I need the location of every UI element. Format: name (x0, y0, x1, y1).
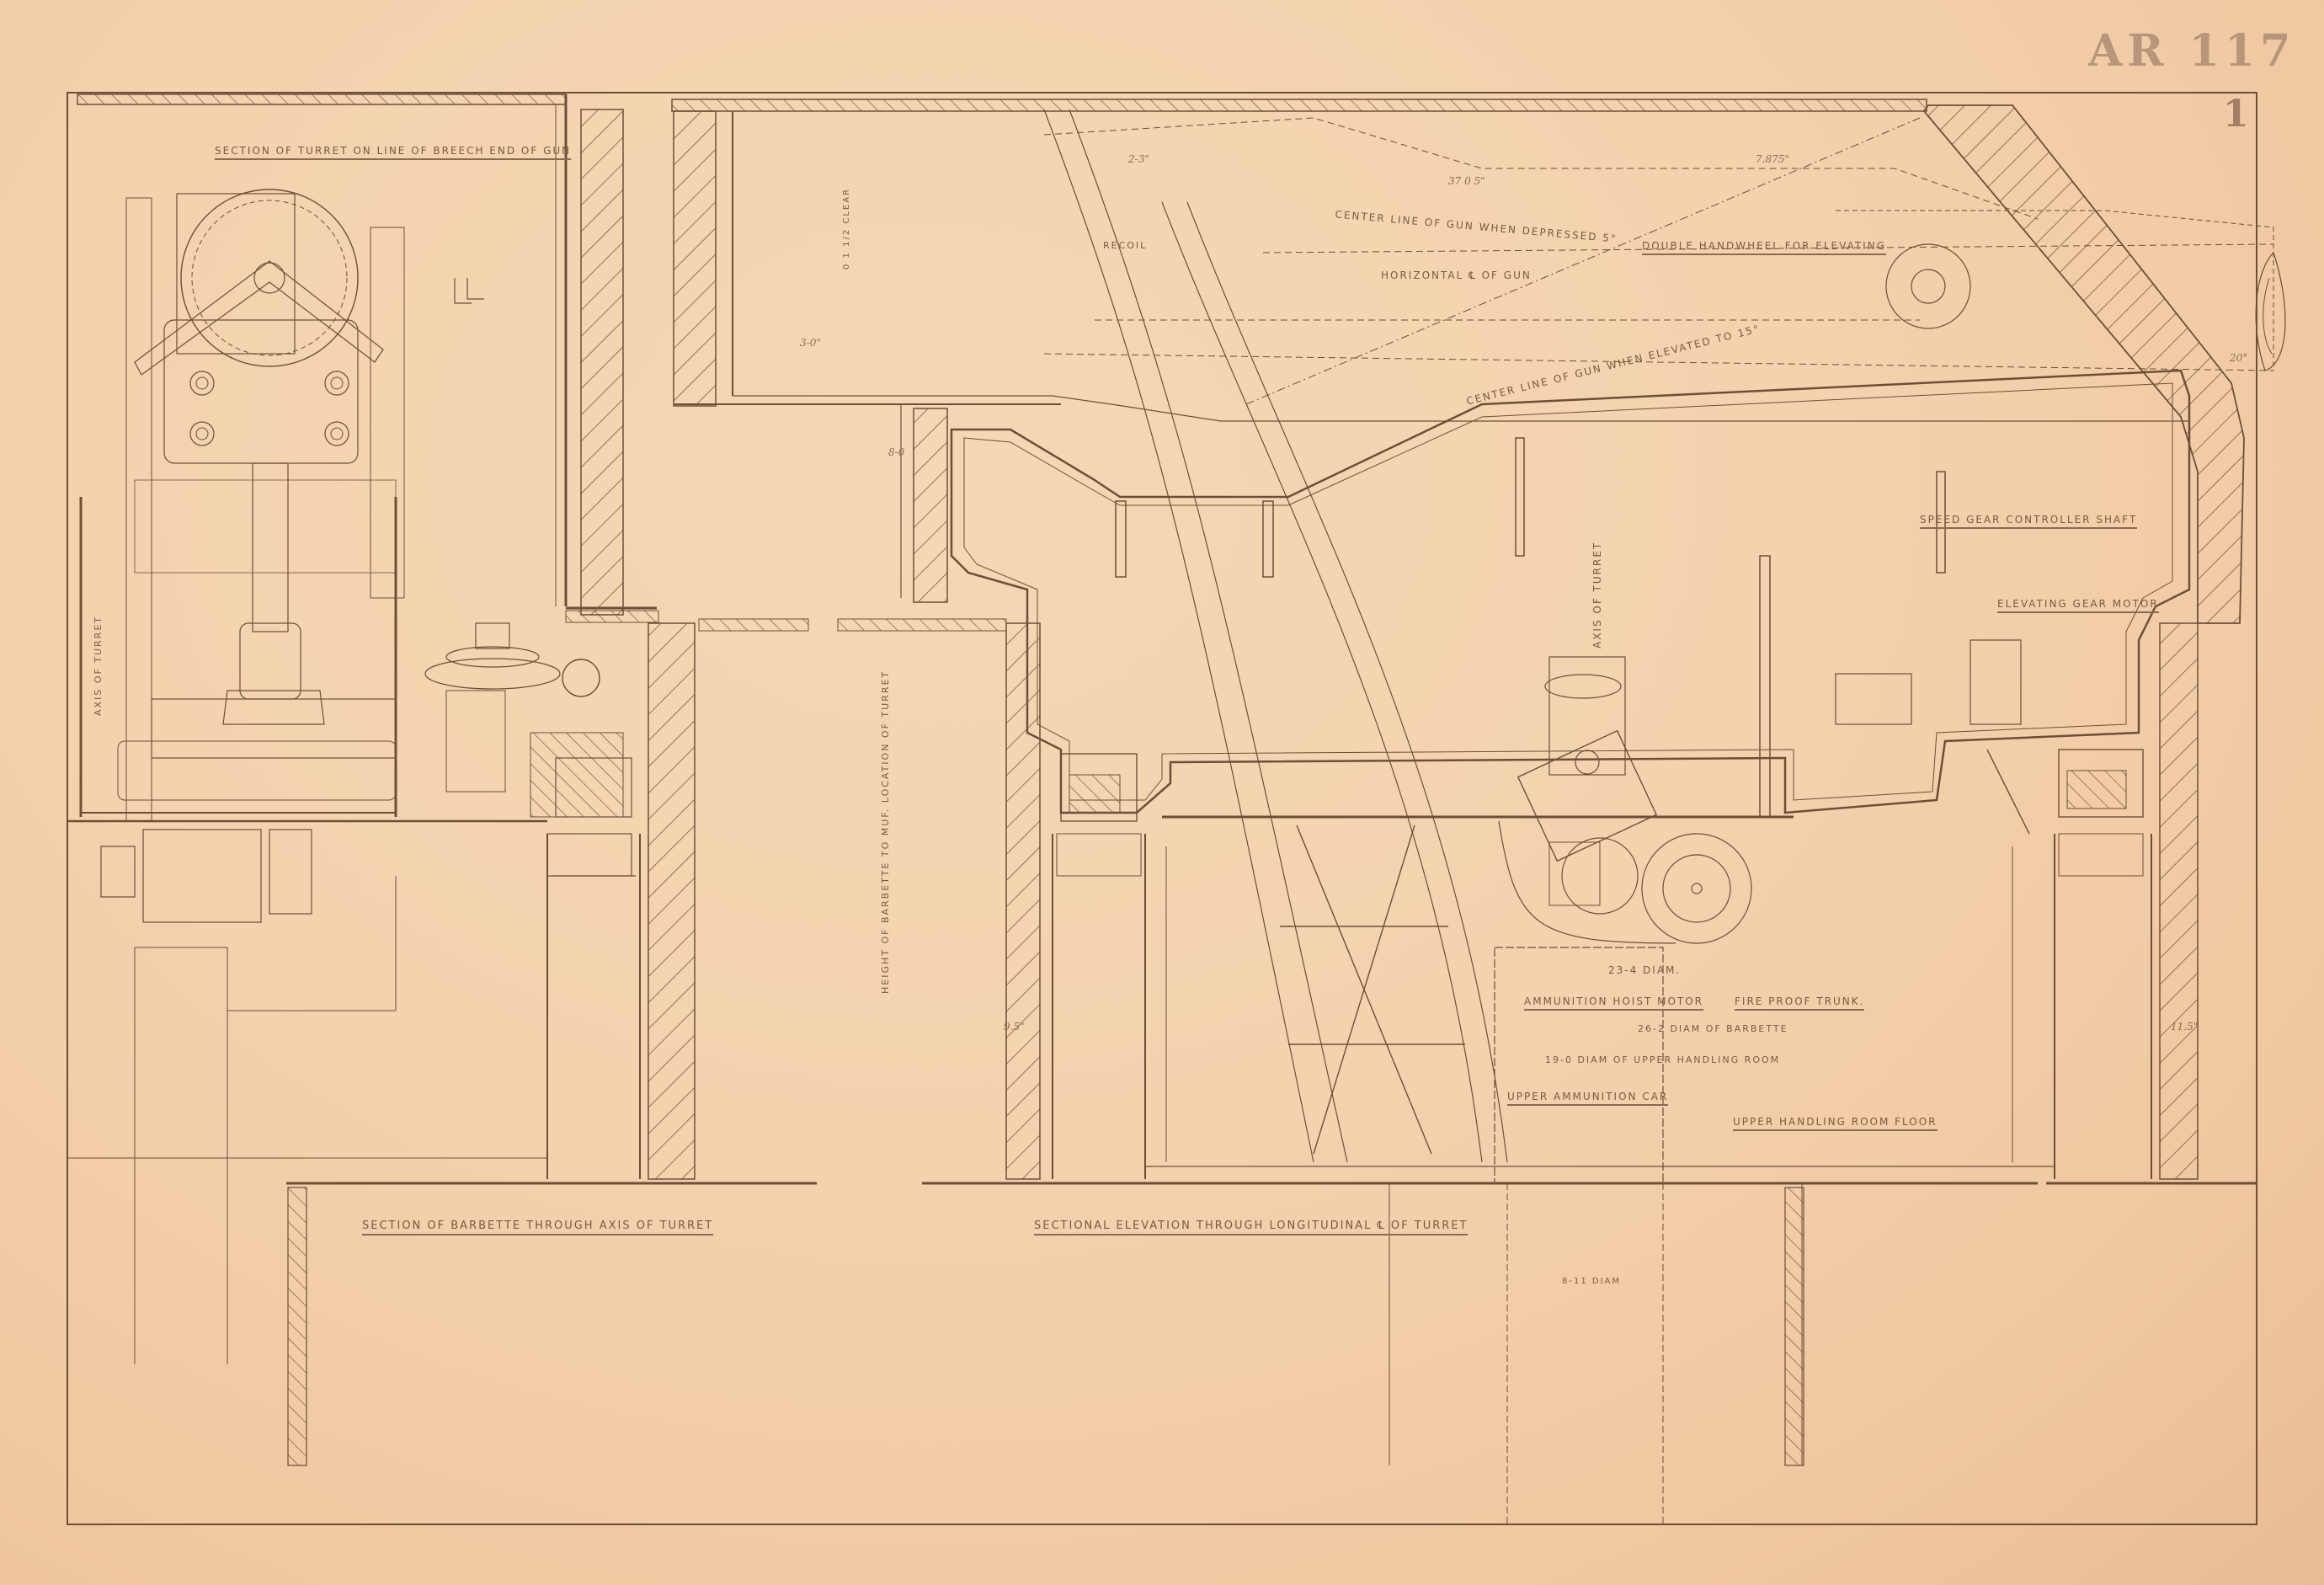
dim-2-3: 2-3" (1128, 153, 1149, 165)
title-left-bottom: Section Of Barbette Through Axis Of Turr… (362, 1219, 713, 1235)
label-axis-turret-left: Axis Of Turret (93, 616, 104, 716)
label-clear: 0 1 1/2 Clear (842, 188, 851, 270)
label-ammo-hoist-motor: Ammunition Hoist Motor (1524, 995, 1703, 1011)
label-horizontal-cl: Horizontal ℄ Of Gun (1381, 270, 1532, 281)
label-upper-ammo-car: Upper Ammunition Car (1507, 1091, 1668, 1106)
dim-8-0: 8-0 (888, 446, 904, 458)
label-height-barbette: Height Of Barbette To Muf. Location Of T… (880, 670, 891, 994)
label-diam-handling-room: 19-0 Diam Of Upper Handling Room (1545, 1054, 1780, 1065)
title-main-bottom: Sectional Elevation Through Longitudinal… (1034, 1219, 1468, 1235)
label-recoil: Recoil (1103, 240, 1147, 251)
dim-3-0: 3-0" (800, 337, 821, 349)
label-diam-23: 23-4 Diam. (1608, 964, 1681, 976)
label-speed-gear: Speed Gear Controller Shaft (1920, 514, 2137, 529)
label-fire-proof-trunk: Fire Proof Trunk. (1735, 995, 1864, 1011)
label-axis-turret-main: Axis Of Turret (1591, 542, 1603, 648)
label-upper-handling-floor: Upper Handling Room Floor (1733, 1116, 1938, 1131)
dim-9-5: 9.5" (1004, 1021, 1025, 1033)
sheet-number: 1 (2223, 93, 2249, 136)
dim-20: 20° (2230, 352, 2247, 364)
archive-stamp: AR 117 (2088, 25, 2295, 77)
label-diam-barbette: 26-2 Diam Of Barbette (1638, 1023, 1788, 1034)
label-double-handwheel: Double Handwheel For Elevating (1642, 240, 1886, 255)
label-diam-8-11: 8-11 Diam (1562, 1277, 1621, 1286)
blueprint-sheet: AR 117 1 Section Of Turret On Line Of Br… (0, 0, 2324, 1585)
dim-7-875: 7.875" (1756, 153, 1789, 165)
title-left-top: Section Of Turret On Line Of Breech End … (215, 145, 571, 160)
dim-37: 37 0 5" (1448, 175, 1485, 187)
dim-11-5: 11.5" (2171, 1021, 2198, 1033)
turret-drawing (0, 0, 2324, 1585)
label-elevating-motor: Elevating Gear Motor (1997, 598, 2159, 613)
